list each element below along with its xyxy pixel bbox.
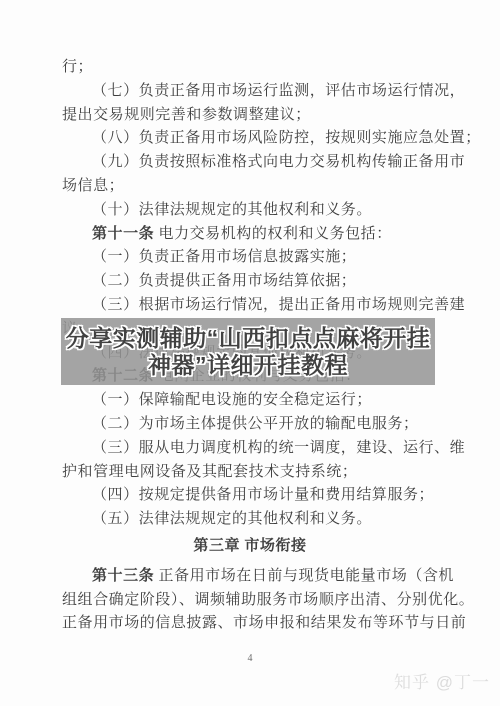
- document-line: 护和管理电网设备及其配套技术支持系统；: [62, 461, 438, 485]
- document-line: （二）负责提供正备用市场结算依据；: [62, 270, 438, 294]
- document-line: （十）法律法规规定的其他权利和义务。: [62, 199, 438, 223]
- document-line: 行；: [62, 56, 438, 80]
- zhihu-watermark: 知乎 @丁一: [394, 668, 490, 693]
- document-line: 提出交易规则完善和参数调整建议；: [62, 104, 438, 128]
- document-line: （一）保障输配电设施的安全稳定运行；: [62, 389, 438, 413]
- document-line: （三）根据市场运行情况，提出正备用市场规则完善建: [62, 294, 438, 318]
- document-line: （一）负责正备用市场信息披露实施；: [62, 246, 438, 270]
- document-line: 第十一条 电力交易机构的权利和义务包括：: [62, 223, 438, 247]
- scanned-document-page: 行；（七）负责正备用市场运行监测，评估市场运行情况，提出交易规则完善和参数调整建…: [0, 0, 500, 706]
- document-line: （四）按规定提供备用市场计量和费用结算服务；: [62, 484, 438, 508]
- article-number: 第十一条: [92, 226, 159, 242]
- document-line: （五）法律法规规定的其他权利和义务。: [62, 508, 438, 532]
- document-line: （三）服从电力调度机构的统一调度，建设、运行、维: [62, 437, 438, 461]
- document-line: 第十三条 正备用市场在日前与现货电能量市场（含机: [62, 565, 438, 589]
- document-line: 正备用市场的信息披露、市场申报和结果发布等环节与日前: [62, 612, 438, 636]
- document-line: （二）为市场主体提供公平开放的输配电服务；: [62, 413, 438, 437]
- chapter-heading: 第三章 市场衔接: [62, 535, 438, 559]
- document-line: （七）负责正备用市场运行监测，评估市场运行情况，: [62, 80, 438, 104]
- spam-overlay-title-line1: 分享实测辅助“山西扣点点麻将开挂: [66, 325, 431, 352]
- spam-overlay-title-line2: 神器”详细开挂教程: [148, 352, 348, 379]
- document-line: （八）负责正备用市场风险防控，按规则实施应急处置；: [62, 127, 438, 151]
- document-line: 场信息；: [62, 175, 438, 199]
- document-line: （九）负责按照标准格式向电力交易机构传输正备用市: [62, 151, 438, 175]
- page-number: 4: [0, 653, 500, 664]
- document-line: 组组合确定阶段）、调频辅助服务市场顺序出清、分别优化。: [62, 589, 438, 613]
- article-number: 第十三条: [92, 568, 159, 584]
- spam-overlay-band: 分享实测辅助“山西扣点点麻将开挂 神器”详细开挂教程: [61, 318, 435, 385]
